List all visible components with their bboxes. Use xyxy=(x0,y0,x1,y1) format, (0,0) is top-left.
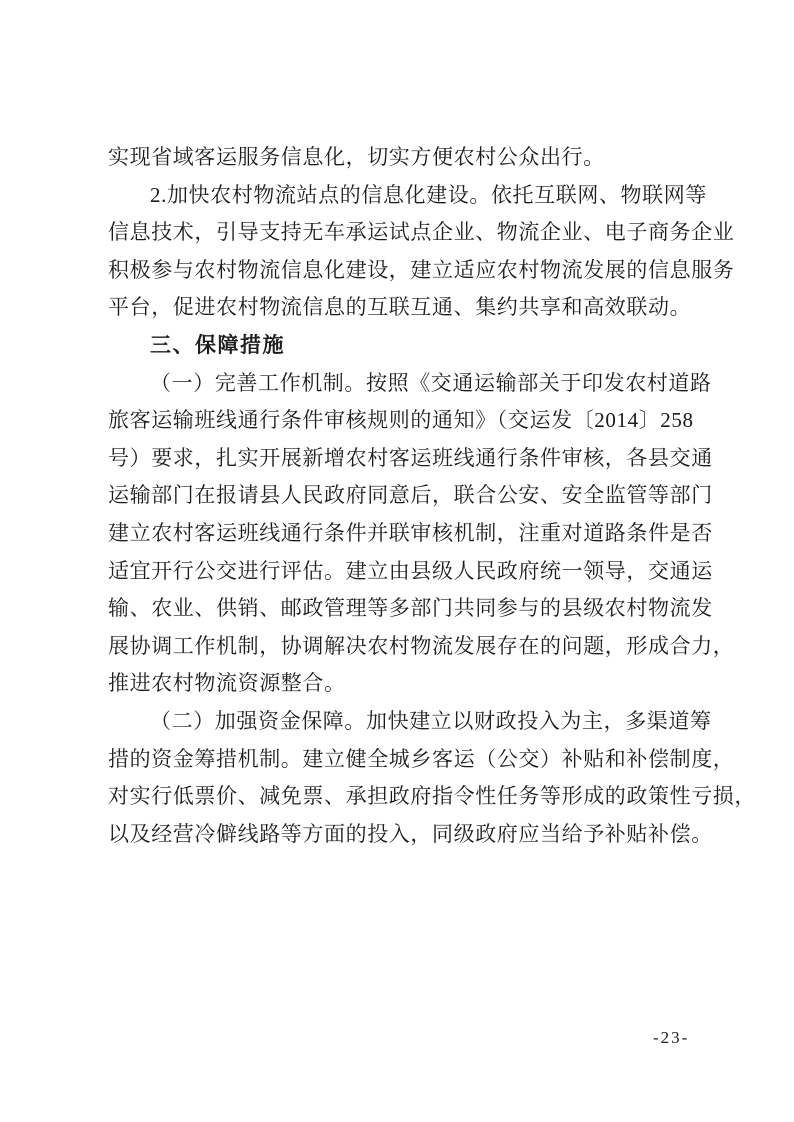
paragraph-line: 措的资金筹措机制。建立健全城乡客运（公交）补贴和补偿制度， xyxy=(108,741,704,779)
document-page: 实现省域客运服务信息化，切实方便农村公众出行。 2.加快农村物流站点的信息化建设… xyxy=(0,0,794,1122)
paragraph-line: 旅客运输班线通行条件审核规则的通知》（交运发〔2014〕258 xyxy=(108,402,704,440)
paragraph-line: 输、农业、供销、邮政管理等多部门共同参与的县级农村物流发 xyxy=(108,590,704,628)
paragraph-line: 信息技术，引导支持无车承运试点企业、物流企业、电子商务企业 xyxy=(108,214,704,252)
paragraph-line: （二）加强资金保障。加快建立以财政投入为主，多渠道筹 xyxy=(108,703,704,741)
paragraph-line: 建立农村客运班线通行条件并联审核机制，注重对道路条件是否 xyxy=(108,515,704,553)
paragraph-line: 2.加快农村物流站点的信息化建设。依托互联网、物联网等 xyxy=(108,177,704,215)
paragraph-line: （一）完善工作机制。按照《交通运输部关于印发农村道路 xyxy=(108,365,704,403)
paragraph-line: 对实行低票价、减免票、承担政府指令性任务等形成的政策性亏损， xyxy=(108,778,704,816)
page-number: -23- xyxy=(653,1028,689,1048)
paragraph-line: 以及经营冷僻线路等方面的投入，同级政府应当给予补贴补偿。 xyxy=(108,816,704,854)
section-heading: 三、保障措施 xyxy=(108,327,704,365)
paragraph-line: 展协调工作机制，协调解决农村物流发展存在的问题，形成合力， xyxy=(108,628,704,666)
paragraph-line: 积极参与农村物流信息化建设，建立适应农村物流发展的信息服务 xyxy=(108,252,704,290)
paragraph-line: 实现省域客运服务信息化，切实方便农村公众出行。 xyxy=(108,139,704,177)
paragraph-line: 推进农村物流资源整合。 xyxy=(108,665,704,703)
paragraph-line: 适宜开行公交进行评估。建立由县级人民政府统一领导，交通运 xyxy=(108,553,704,591)
paragraph-line: 运输部门在报请县人民政府同意后，联合公安、安全监管等部门 xyxy=(108,477,704,515)
document-body: 实现省域客运服务信息化，切实方便农村公众出行。 2.加快农村物流站点的信息化建设… xyxy=(108,139,704,853)
paragraph-line: 平台，促进农村物流信息的互联互通、集约共享和高效联动。 xyxy=(108,289,704,327)
paragraph-line: 号）要求，扎实开展新增农村客运班线通行条件审核，各县交通 xyxy=(108,440,704,478)
